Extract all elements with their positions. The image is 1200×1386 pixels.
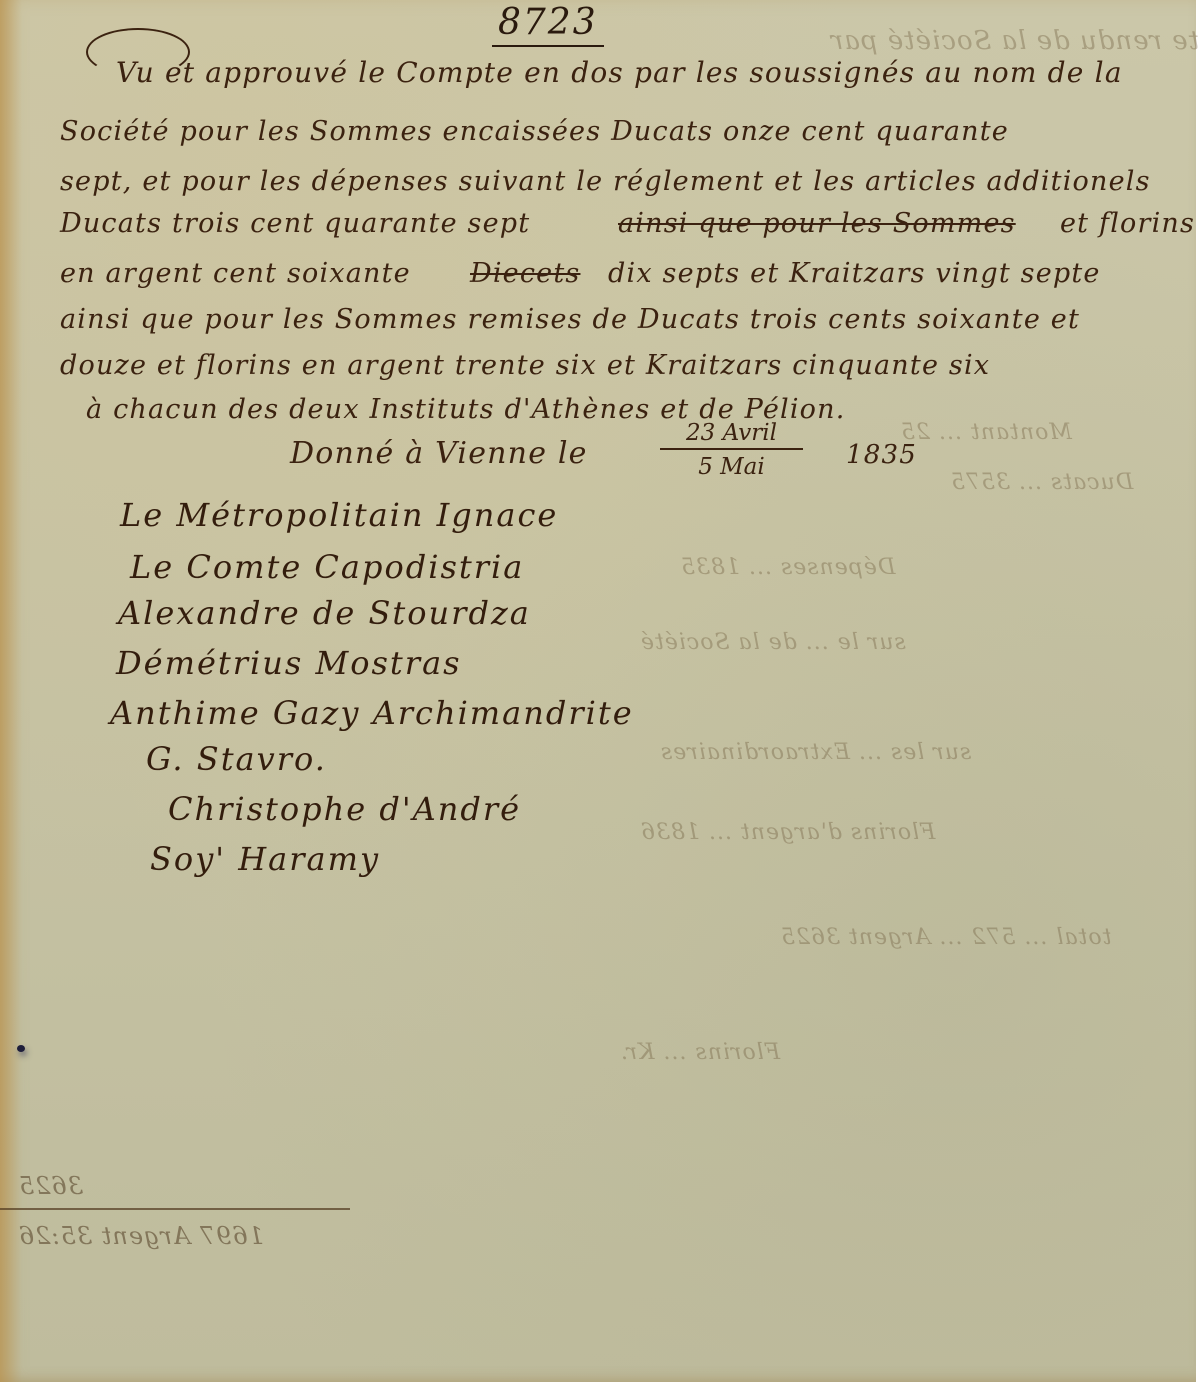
ink-blot: [17, 1045, 25, 1052]
signature-metropolitan-ignace: Le Métropolitain Ignace: [120, 496, 558, 534]
body-line-4: Ducats trois cent quarante sept: [60, 208, 530, 239]
bleed-through-line: Florins ... Kr.: [620, 1040, 780, 1065]
signature-stourdza: Alexandre de Stourdza: [118, 594, 531, 632]
signature-mostras: Démétrius Mostras: [116, 644, 462, 682]
dateline-prefix: Donné à Vienne le: [290, 436, 588, 471]
bleed-through-line: Florins d'argent ... 1836: [640, 820, 935, 845]
bleed-through-line: Ducats ... 3575: [950, 470, 1133, 495]
body-line-4-end: et florins: [1060, 208, 1195, 239]
body-line-6: ainsi que pour les Sommes remises de Duc…: [60, 304, 1080, 335]
body-line-7: douze et florins en argent trente six et…: [60, 350, 990, 381]
bleed-through-ledger: 3625: [18, 1172, 83, 1200]
signature-stavro: G. Stavro.: [146, 740, 327, 778]
bleed-through-line: sur les ... Extraordinaires: [660, 740, 971, 765]
struck-text: ainsi que pour les Sommes: [618, 208, 1016, 239]
signature-andre: Christophe d'André: [168, 790, 521, 828]
body-line-2: Société pour les Sommes encaissées Ducat…: [60, 116, 1009, 147]
bleed-through-line: Montant ... 25: [900, 420, 1072, 445]
bleed-through-line: total ... 572 ... Argent 3625: [780, 925, 1112, 950]
signature-haramy: Soy' Haramy: [150, 840, 380, 878]
signature-capodistria: Le Comte Capodistria: [130, 548, 524, 586]
bleed-through-line: Dépenses ... 1835: [680, 555, 895, 580]
struck-text: Diecets: [470, 258, 580, 289]
bleed-through-header: Compte rendu de la Société par: [830, 26, 1200, 56]
document-number: 8723: [492, 2, 604, 47]
date-old-style: 23 Avril: [660, 420, 803, 450]
body-line-5-end: dix septs et Kraitzars vingt septe: [608, 258, 1101, 289]
body-line-1: Vu et approuvé le Compte en dos par les …: [116, 56, 1123, 89]
dateline-date: 23 Avril 5 Mai: [660, 420, 803, 480]
ledger-rule: [0, 1208, 350, 1210]
date-new-style: 5 Mai: [698, 450, 765, 480]
dateline-year: 1835: [846, 440, 917, 470]
bleed-through-line: sur le ... de la Société: [640, 630, 906, 655]
bleed-through-ledger: 1697 Argent 35:26: [18, 1222, 264, 1250]
signature-gazy: Anthime Gazy Archimandrite: [110, 694, 634, 732]
body-line-5: en argent cent soixante: [60, 258, 411, 289]
body-line-3: sept, et pour les dépenses suivant le ré…: [60, 166, 1151, 197]
manuscript-page: Compte rendu de la Société par Montant .…: [0, 0, 1196, 1382]
